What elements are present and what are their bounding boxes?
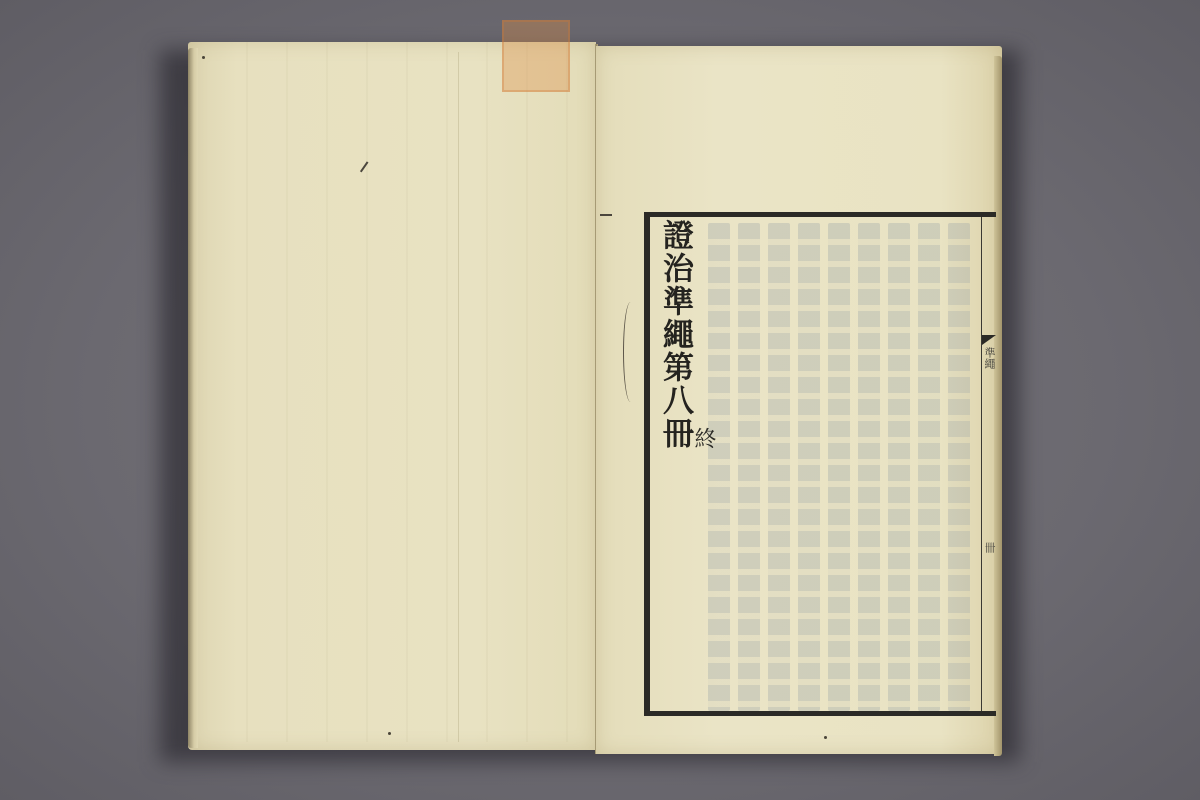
loose-thread [623,302,638,402]
left-page-texture [208,42,588,742]
ghost-text-column [738,223,760,711]
ink-spot [388,732,391,735]
ghost-text-column [858,223,880,711]
fishtail-mark-icon [982,335,996,345]
open-book: 證治準繩第八冊 終 準繩 卌 [182,42,1008,754]
ghost-text-column [918,223,940,711]
ink-spot [824,736,827,739]
left-page-edge [188,48,198,748]
volume-title: 證治準繩第八冊 [658,219,692,450]
ghost-text-column [828,223,850,711]
ghost-text-column [768,223,790,711]
left-page [188,42,596,750]
printed-frame: 證治準繩第八冊 終 準繩 卌 [644,212,996,716]
margin-page-char: 卌 [982,542,996,553]
ghost-text-column [888,223,910,711]
ghost-text-column [708,223,730,711]
ghost-text-column [798,223,820,711]
show-through-text [690,223,970,711]
ink-mark [600,214,612,216]
left-page-fold-line [458,52,459,742]
ghost-text-column [948,223,970,711]
collector-seal [502,20,570,92]
margin-title: 準繩 [982,347,996,369]
end-mark: 終 [688,427,719,449]
ink-spot [202,56,205,59]
frame-center-line [981,217,982,711]
